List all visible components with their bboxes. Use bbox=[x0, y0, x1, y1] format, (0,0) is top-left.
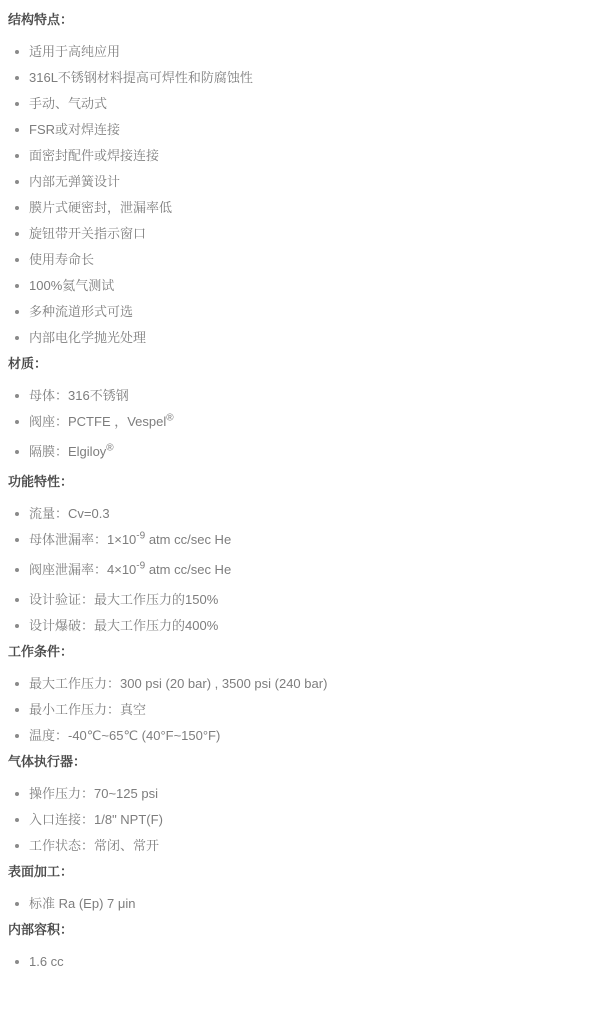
list-item-text: 适用于高纯应用 bbox=[29, 44, 120, 59]
bullet-icon bbox=[15, 792, 19, 796]
list-item-text: 隔膜：Elgiloy® bbox=[29, 444, 114, 459]
section-list: 适用于高纯应用316L不锈钢材料提高可焊性和防腐蚀性手动、气动式FSR或对焊连接… bbox=[8, 44, 592, 346]
bullet-icon bbox=[15, 50, 19, 54]
bullet-icon bbox=[15, 154, 19, 158]
list-item: 阀座：PCTFE ，Vespel® bbox=[8, 414, 592, 430]
list-item-text: 使用寿命长 bbox=[29, 252, 94, 267]
section-list: 母体：316不锈钢阀座：PCTFE ，Vespel®隔膜：Elgiloy® bbox=[8, 388, 592, 460]
list-item: 100%氦气测试 bbox=[8, 278, 592, 294]
list-item: 膜片式硬密封，泄漏率低 bbox=[8, 200, 592, 216]
list-item: 隔膜：Elgiloy® bbox=[8, 444, 592, 460]
list-item: 阀座泄漏率：4×10-9 atm cc/sec He bbox=[8, 562, 592, 578]
list-item-text: 操作压力：70~125 psi bbox=[29, 786, 158, 801]
list-item: 多种流道形式可选 bbox=[8, 304, 592, 320]
text-segment: atm cc/sec He bbox=[145, 562, 231, 577]
list-item-text: 旋钮带开关指示窗口 bbox=[29, 226, 146, 241]
list-item: 316L不锈钢材料提高可焊性和防腐蚀性 bbox=[8, 70, 592, 86]
bullet-icon bbox=[15, 734, 19, 738]
text-segment: 阀座：PCTFE ，Vespel bbox=[29, 414, 166, 429]
list-item: 母体泄漏率：1×10-9 atm cc/sec He bbox=[8, 532, 592, 548]
list-item: 旋钮带开关指示窗口 bbox=[8, 226, 592, 242]
list-item-text: FSR或对焊连接 bbox=[29, 122, 120, 137]
list-item-text: 温度：-40℃~65℃ (40°F~150°F) bbox=[29, 728, 220, 743]
spec-section: 内部容积：1.6 cc bbox=[8, 922, 592, 970]
spec-document: 结构特点：适用于高纯应用316L不锈钢材料提高可焊性和防腐蚀性手动、气动式FSR… bbox=[0, 0, 602, 990]
section-heading: 工作条件： bbox=[8, 644, 592, 659]
list-item-text: 标准 Ra (Ep) 7 μin bbox=[29, 896, 135, 911]
list-item: 温度：-40℃~65℃ (40°F~150°F) bbox=[8, 728, 592, 744]
list-item: 内部无弹簧设计 bbox=[8, 174, 592, 190]
spec-section: 结构特点：适用于高纯应用316L不锈钢材料提高可焊性和防腐蚀性手动、气动式FSR… bbox=[8, 12, 592, 346]
bullet-icon bbox=[15, 102, 19, 106]
list-item-text: 100%氦气测试 bbox=[29, 278, 114, 293]
list-item-text: 母体泄漏率：1×10-9 atm cc/sec He bbox=[29, 532, 231, 547]
list-item-text: 内部电化学抛光处理 bbox=[29, 330, 146, 345]
section-heading: 材质： bbox=[8, 356, 592, 371]
bullet-icon bbox=[15, 682, 19, 686]
list-item: 设计验证：最大工作压力的150% bbox=[8, 592, 592, 608]
bullet-icon bbox=[15, 258, 19, 262]
section-list: 流量：Cv=0.3母体泄漏率：1×10-9 atm cc/sec He阀座泄漏率… bbox=[8, 506, 592, 634]
bullet-icon bbox=[15, 336, 19, 340]
bullet-icon bbox=[15, 394, 19, 398]
list-item-text: 多种流道形式可选 bbox=[29, 304, 133, 319]
bullet-icon bbox=[15, 128, 19, 132]
list-item-text: 阀座：PCTFE ，Vespel® bbox=[29, 414, 174, 429]
section-heading: 功能特性： bbox=[8, 474, 592, 489]
list-item: 工作状态：常闭、常开 bbox=[8, 838, 592, 854]
list-item-text: 流量：Cv=0.3 bbox=[29, 506, 110, 521]
list-item: 面密封配件或焊接连接 bbox=[8, 148, 592, 164]
list-item: 最大工作压力：300 psi (20 bar) , 3500 psi (240 … bbox=[8, 676, 592, 692]
bullet-icon bbox=[15, 598, 19, 602]
bullet-icon bbox=[15, 450, 19, 454]
list-item: 入口连接：1/8" NPT(F) bbox=[8, 812, 592, 828]
list-item-text: 设计验证：最大工作压力的150% bbox=[29, 592, 218, 607]
bullet-icon bbox=[15, 844, 19, 848]
bullet-icon bbox=[15, 232, 19, 236]
list-item: FSR或对焊连接 bbox=[8, 122, 592, 138]
superscript-text: -9 bbox=[136, 561, 145, 572]
bullet-icon bbox=[15, 708, 19, 712]
list-item-text: 316L不锈钢材料提高可焊性和防腐蚀性 bbox=[29, 70, 253, 85]
list-item: 母体：316不锈钢 bbox=[8, 388, 592, 404]
superscript-text: ® bbox=[106, 443, 113, 454]
bullet-icon bbox=[15, 960, 19, 964]
list-item: 最小工作压力：真空 bbox=[8, 702, 592, 718]
list-item: 适用于高纯应用 bbox=[8, 44, 592, 60]
list-item: 内部电化学抛光处理 bbox=[8, 330, 592, 346]
text-segment: 母体泄漏率：1×10 bbox=[29, 532, 136, 547]
list-item: 手动、气动式 bbox=[8, 96, 592, 112]
list-item-text: 膜片式硬密封，泄漏率低 bbox=[29, 200, 172, 215]
section-list: 1.6 cc bbox=[8, 954, 592, 970]
list-item-text: 设计爆破：最大工作压力的400% bbox=[29, 618, 218, 633]
bullet-icon bbox=[15, 206, 19, 210]
section-list: 标准 Ra (Ep) 7 μin bbox=[8, 896, 592, 912]
bullet-icon bbox=[15, 284, 19, 288]
bullet-icon bbox=[15, 310, 19, 314]
list-item-text: 入口连接：1/8" NPT(F) bbox=[29, 812, 163, 827]
section-list: 最大工作压力：300 psi (20 bar) , 3500 psi (240 … bbox=[8, 676, 592, 744]
bullet-icon bbox=[15, 818, 19, 822]
section-heading: 气体执行器： bbox=[8, 754, 592, 769]
list-item: 1.6 cc bbox=[8, 954, 592, 970]
spec-section: 气体执行器：操作压力：70~125 psi入口连接：1/8" NPT(F)工作状… bbox=[8, 754, 592, 854]
bullet-icon bbox=[15, 180, 19, 184]
list-item-text: 内部无弹簧设计 bbox=[29, 174, 120, 189]
superscript-text: ® bbox=[166, 413, 173, 424]
list-item: 使用寿命长 bbox=[8, 252, 592, 268]
spec-section: 工作条件：最大工作压力：300 psi (20 bar) , 3500 psi … bbox=[8, 644, 592, 744]
section-heading: 结构特点： bbox=[8, 12, 592, 27]
bullet-icon bbox=[15, 76, 19, 80]
list-item-text: 1.6 cc bbox=[29, 954, 64, 969]
bullet-icon bbox=[15, 420, 19, 424]
list-item-text: 最大工作压力：300 psi (20 bar) , 3500 psi (240 … bbox=[29, 676, 327, 691]
list-item-text: 阀座泄漏率：4×10-9 atm cc/sec He bbox=[29, 562, 231, 577]
section-heading: 内部容积： bbox=[8, 922, 592, 937]
text-segment: 阀座泄漏率：4×10 bbox=[29, 562, 136, 577]
bullet-icon bbox=[15, 568, 19, 572]
section-heading: 表面加工： bbox=[8, 864, 592, 879]
list-item-text: 母体：316不锈钢 bbox=[29, 388, 129, 403]
bullet-icon bbox=[15, 624, 19, 628]
superscript-text: -9 bbox=[136, 531, 145, 542]
list-item-text: 手动、气动式 bbox=[29, 96, 107, 111]
spec-section: 表面加工：标准 Ra (Ep) 7 μin bbox=[8, 864, 592, 912]
text-segment: 隔膜：Elgiloy bbox=[29, 444, 106, 459]
list-item: 标准 Ra (Ep) 7 μin bbox=[8, 896, 592, 912]
spec-section: 材质：母体：316不锈钢阀座：PCTFE ，Vespel®隔膜：Elgiloy® bbox=[8, 356, 592, 460]
list-item-text: 面密封配件或焊接连接 bbox=[29, 148, 159, 163]
list-item: 设计爆破：最大工作压力的400% bbox=[8, 618, 592, 634]
text-segment: atm cc/sec He bbox=[145, 532, 231, 547]
list-item: 流量：Cv=0.3 bbox=[8, 506, 592, 522]
bullet-icon bbox=[15, 512, 19, 516]
bullet-icon bbox=[15, 538, 19, 542]
list-item-text: 最小工作压力：真空 bbox=[29, 702, 146, 717]
spec-section: 功能特性：流量：Cv=0.3母体泄漏率：1×10-9 atm cc/sec He… bbox=[8, 474, 592, 634]
list-item: 操作压力：70~125 psi bbox=[8, 786, 592, 802]
section-list: 操作压力：70~125 psi入口连接：1/8" NPT(F)工作状态：常闭、常… bbox=[8, 786, 592, 854]
bullet-icon bbox=[15, 902, 19, 906]
list-item-text: 工作状态：常闭、常开 bbox=[29, 838, 159, 853]
